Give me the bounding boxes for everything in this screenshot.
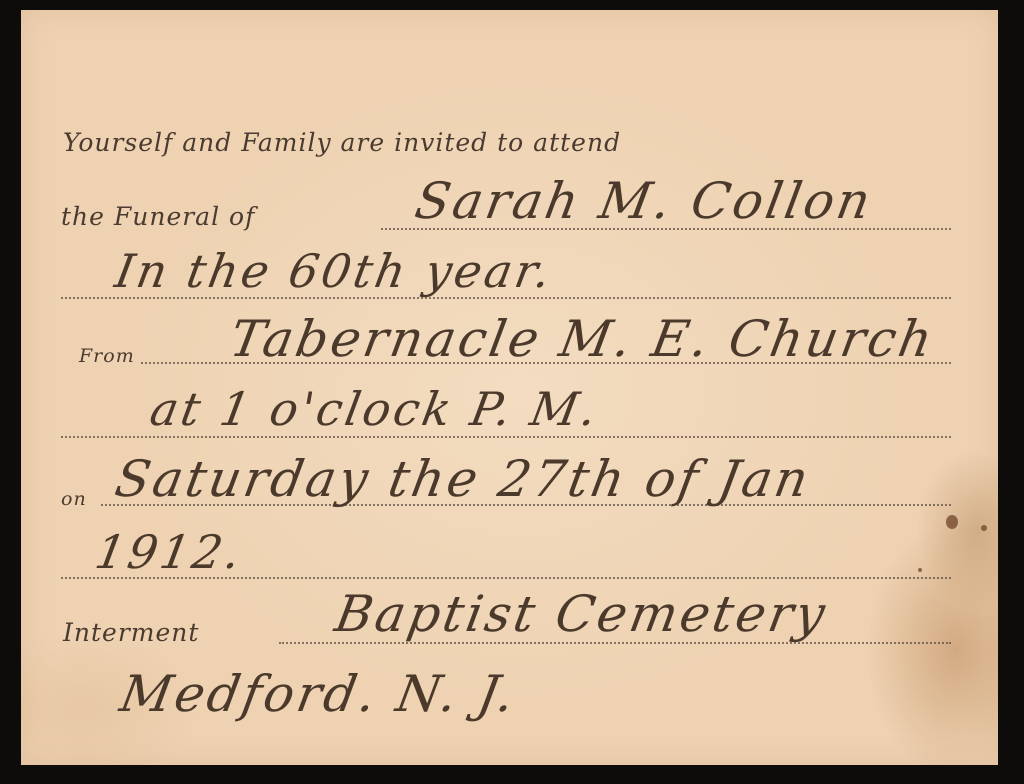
handwritten-time: at 1 o'clock P. M. <box>146 382 603 436</box>
handwritten-year: 1912. <box>91 525 247 579</box>
handwritten-cemetery: Baptist Cemetery <box>331 585 832 643</box>
funeral-invitation-card: Yourself and Family are invited to atten… <box>21 10 998 765</box>
printed-from-label: From <box>79 345 135 367</box>
handwritten-age: In the 60th year. <box>111 244 557 298</box>
printed-on-label: on <box>61 488 87 510</box>
ink-stain <box>918 568 922 572</box>
ink-stain <box>946 515 958 529</box>
handwritten-town: Medford. N. J. <box>116 665 522 723</box>
handwritten-date: Saturday the 27th of Jan <box>111 450 816 508</box>
handwritten-church: Tabernacle M. E. Church <box>226 310 940 368</box>
dotted-line-time <box>61 436 951 438</box>
printed-interment-label: Interment <box>63 618 199 647</box>
handwritten-deceased-name: Sarah M. Collon <box>411 172 878 230</box>
ink-stain <box>981 525 987 531</box>
printed-funeral-of-label: the Funeral of <box>61 202 255 231</box>
printed-invitation-line: Yourself and Family are invited to atten… <box>63 128 621 157</box>
